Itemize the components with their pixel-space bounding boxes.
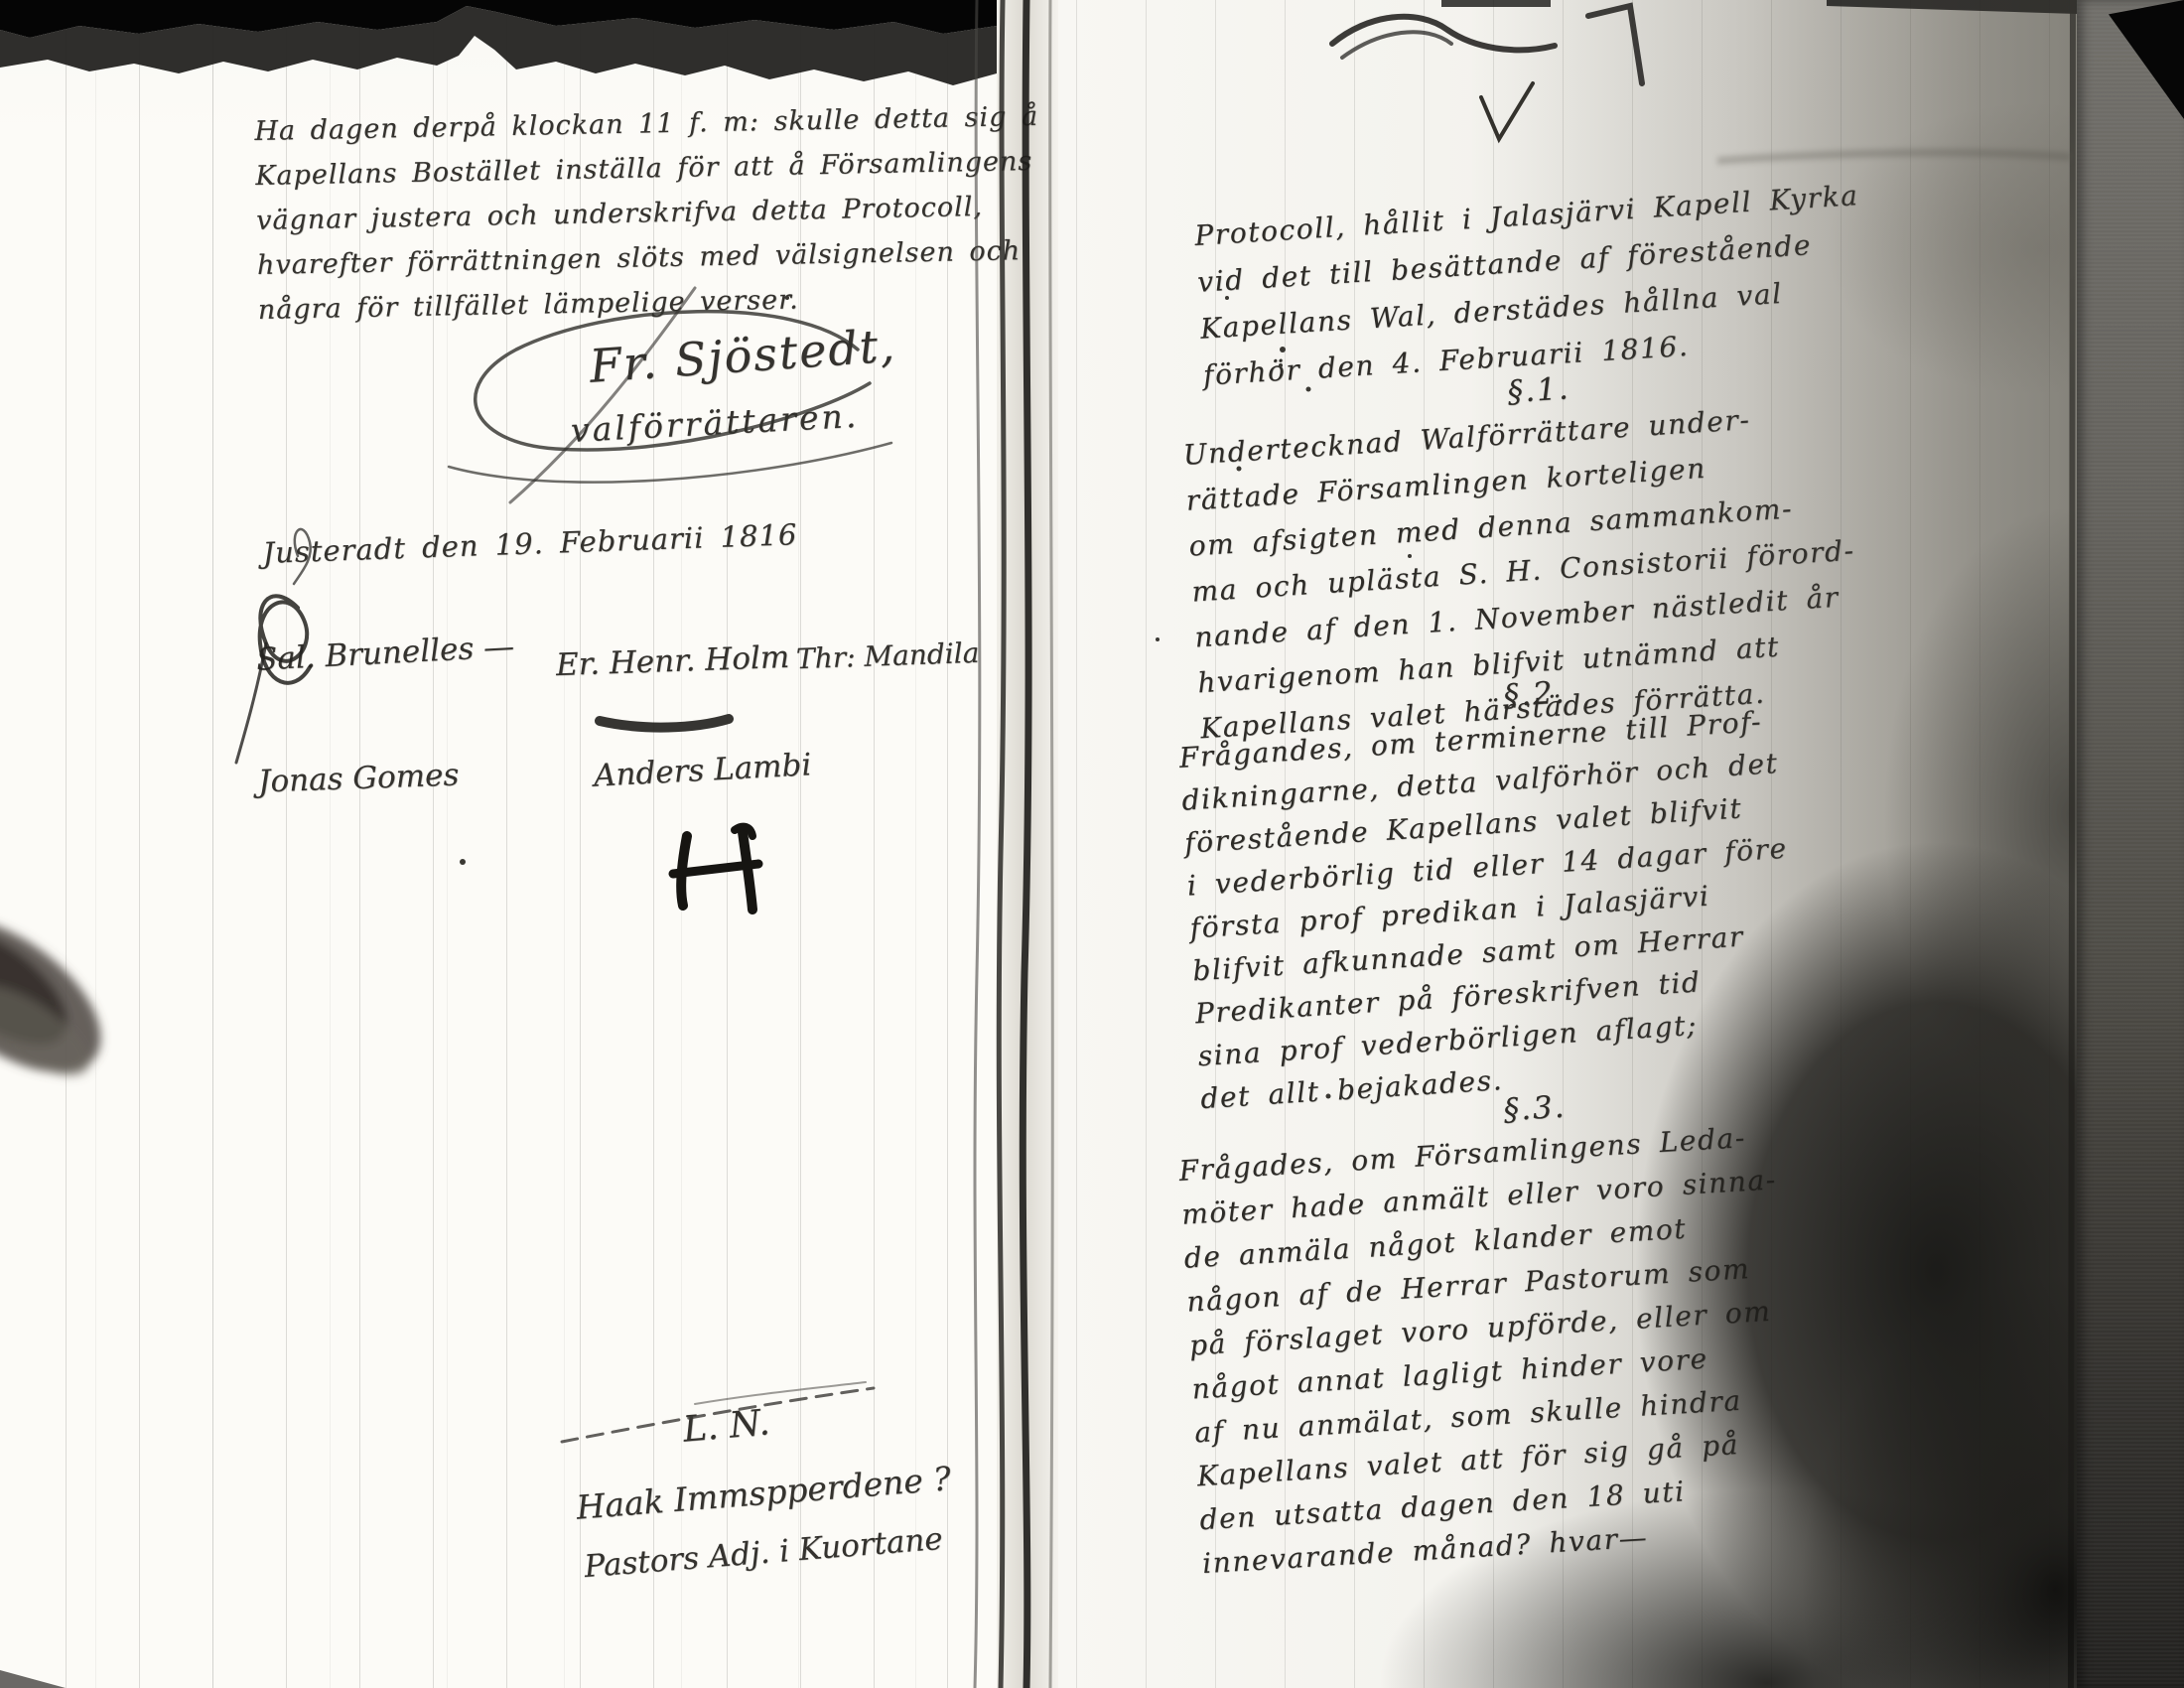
closing-initials: L. N. <box>681 1402 771 1450</box>
left-page-body: Ha dagen derpå klockan 11 f. m: skulle d… <box>254 94 1042 333</box>
section-3: §.3. Frågades, om Församlingens Leda- mö… <box>1175 1074 1799 1586</box>
scanned-document: Ha dagen derpå klockan 11 f. m: skulle d… <box>0 0 2184 1688</box>
witness-signature: Thr: Mandila <box>795 636 979 675</box>
scanner-edge <box>2077 0 2184 1688</box>
witness-signature: Jonas Gomes <box>257 757 460 799</box>
section-2: §.2. Frågandes, om terminerne till Prof-… <box>1175 659 1802 1120</box>
corner-notch <box>2109 0 2184 119</box>
